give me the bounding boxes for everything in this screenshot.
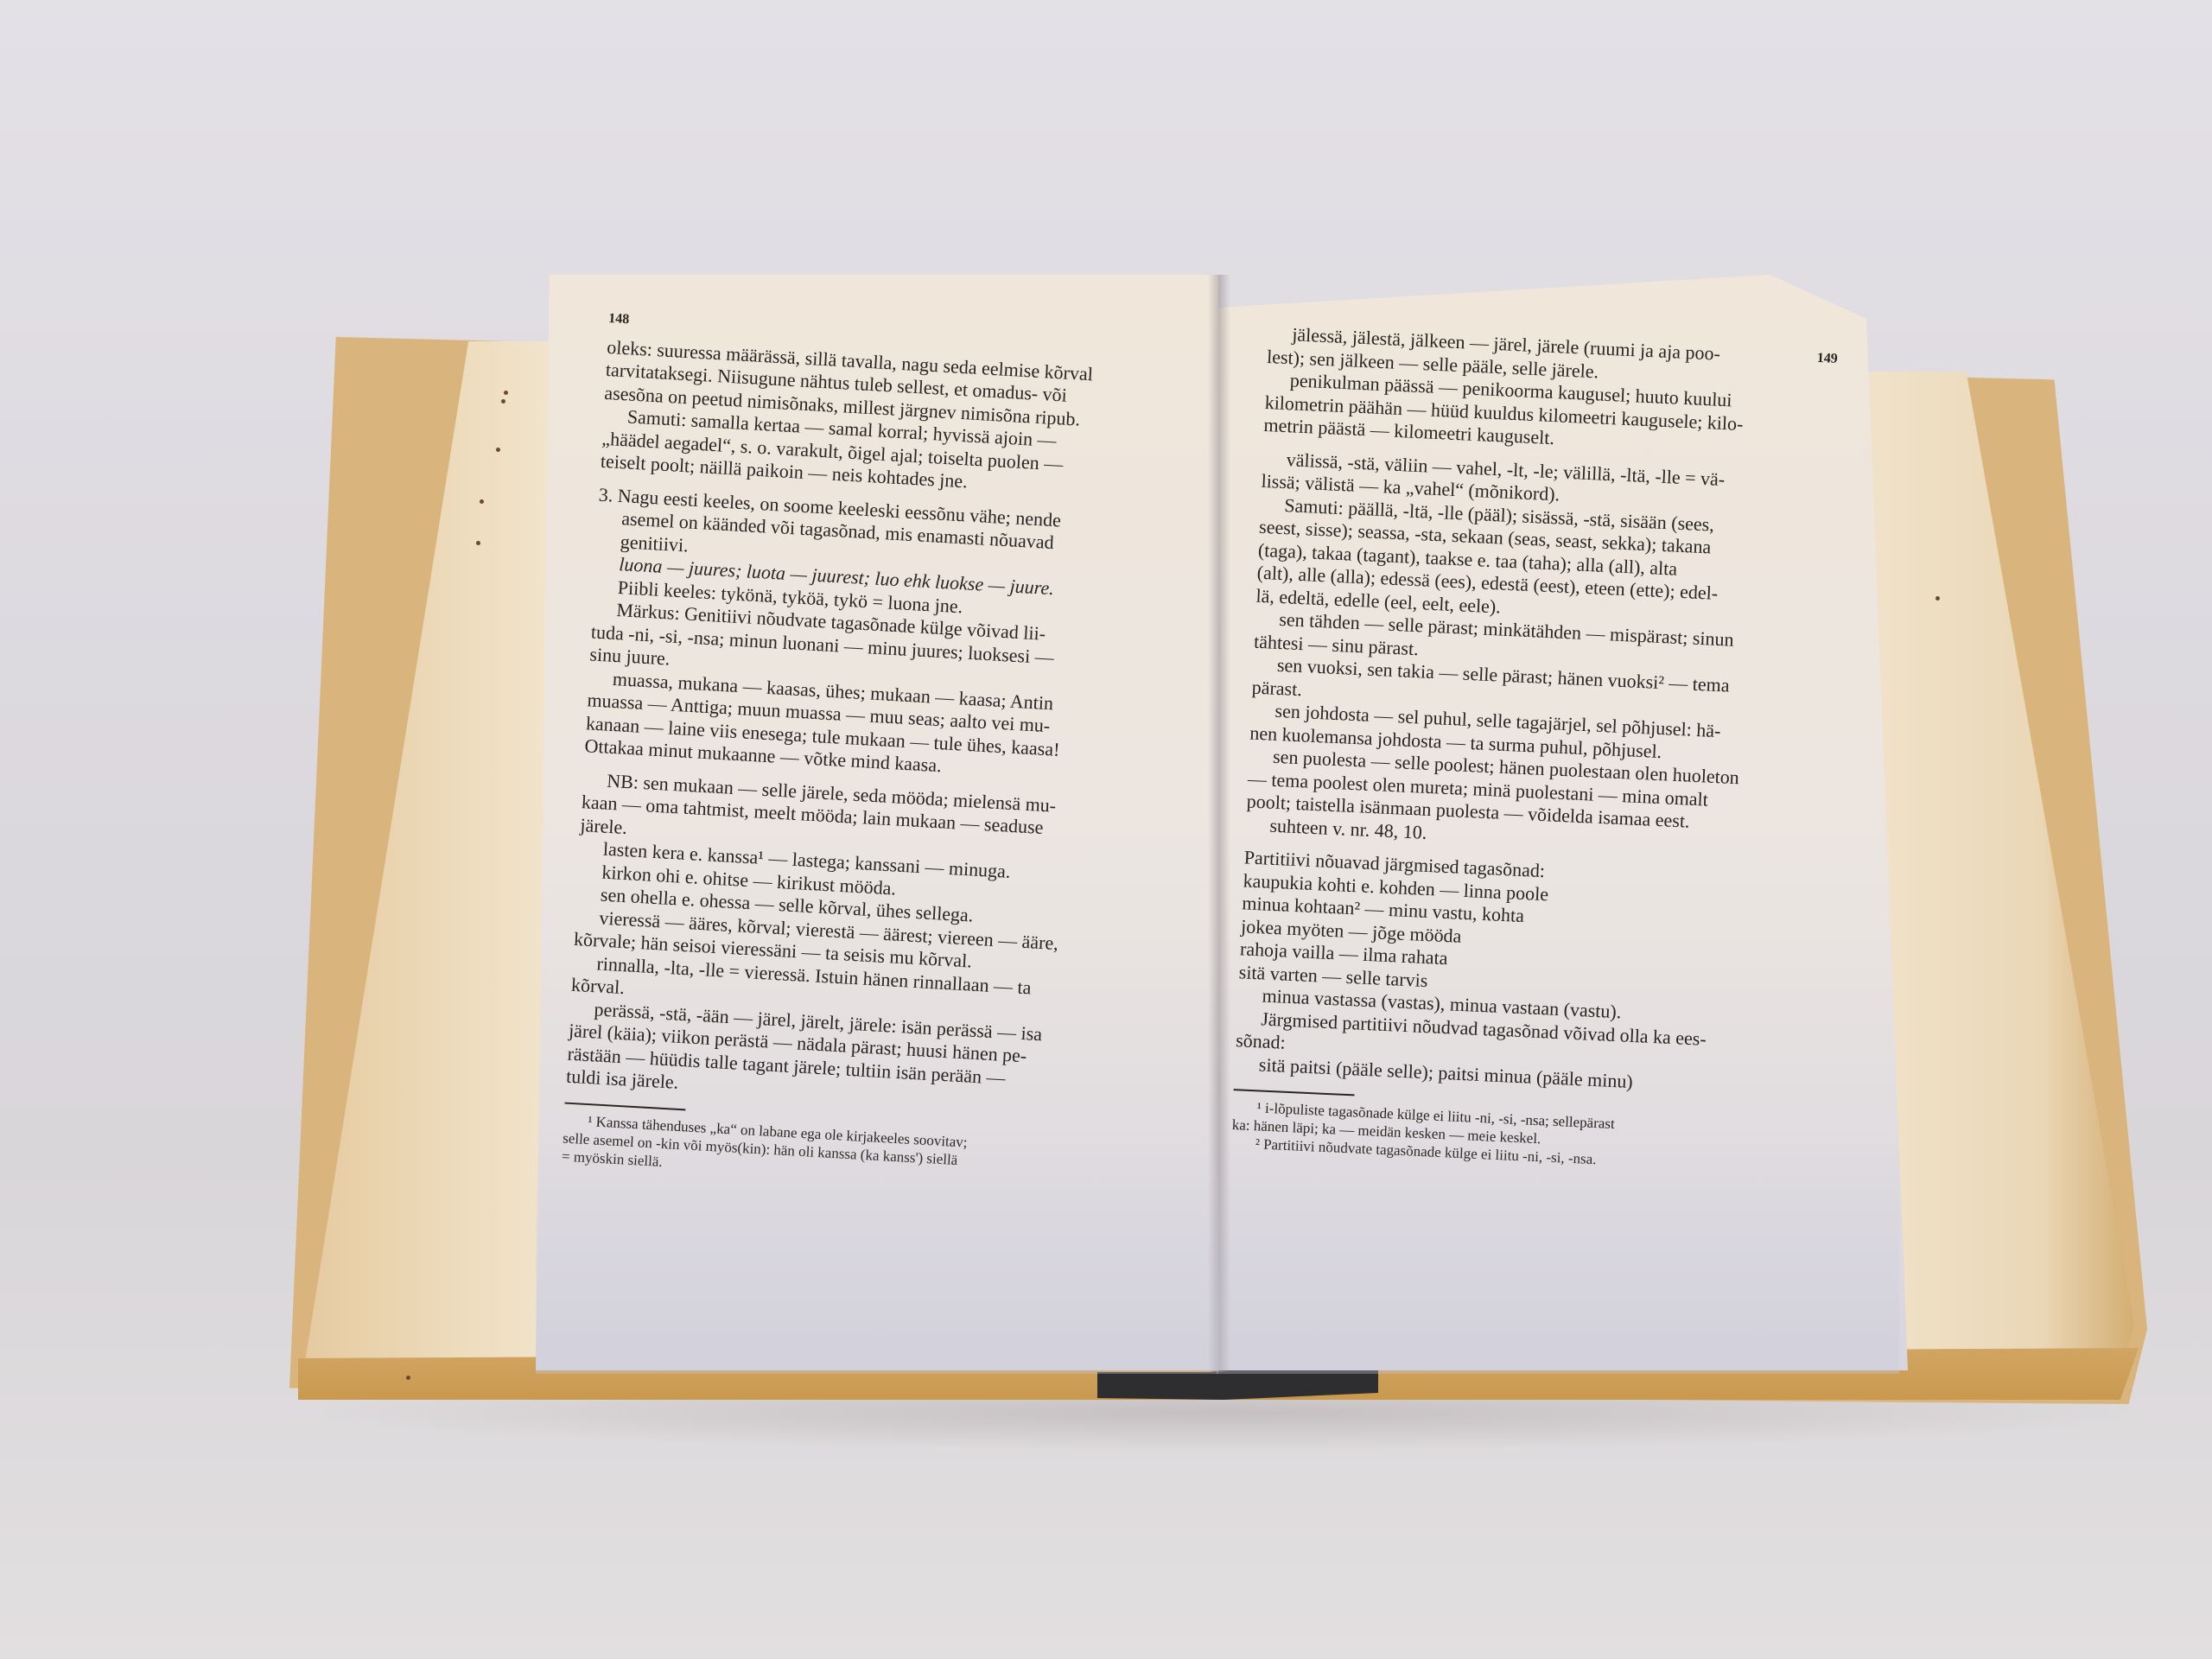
foxing-spot <box>476 541 480 545</box>
page-shadow <box>1217 1123 1899 1374</box>
photo-scene: 148 oleks: suuressa määrässä, sillä tava… <box>0 0 2212 1659</box>
right-page-text: 149 jälessä, jälestä, jälkeen — järel, j… <box>1230 322 1864 1179</box>
footnote-rule <box>565 1102 686 1110</box>
foxing-spot <box>406 1376 410 1380</box>
foxing-spot <box>480 499 484 504</box>
foxing-spot <box>501 399 505 404</box>
foxing-spot <box>504 391 508 395</box>
foxing-spot <box>496 448 500 452</box>
page-shadow <box>536 1123 1218 1374</box>
left-page-text: 148 oleks: suuressa määrässä, sillä tava… <box>562 308 1196 1198</box>
page-number: 149 <box>1816 347 1838 372</box>
foxing-spot <box>1935 596 1940 601</box>
footnote-rule <box>1234 1089 1355 1096</box>
